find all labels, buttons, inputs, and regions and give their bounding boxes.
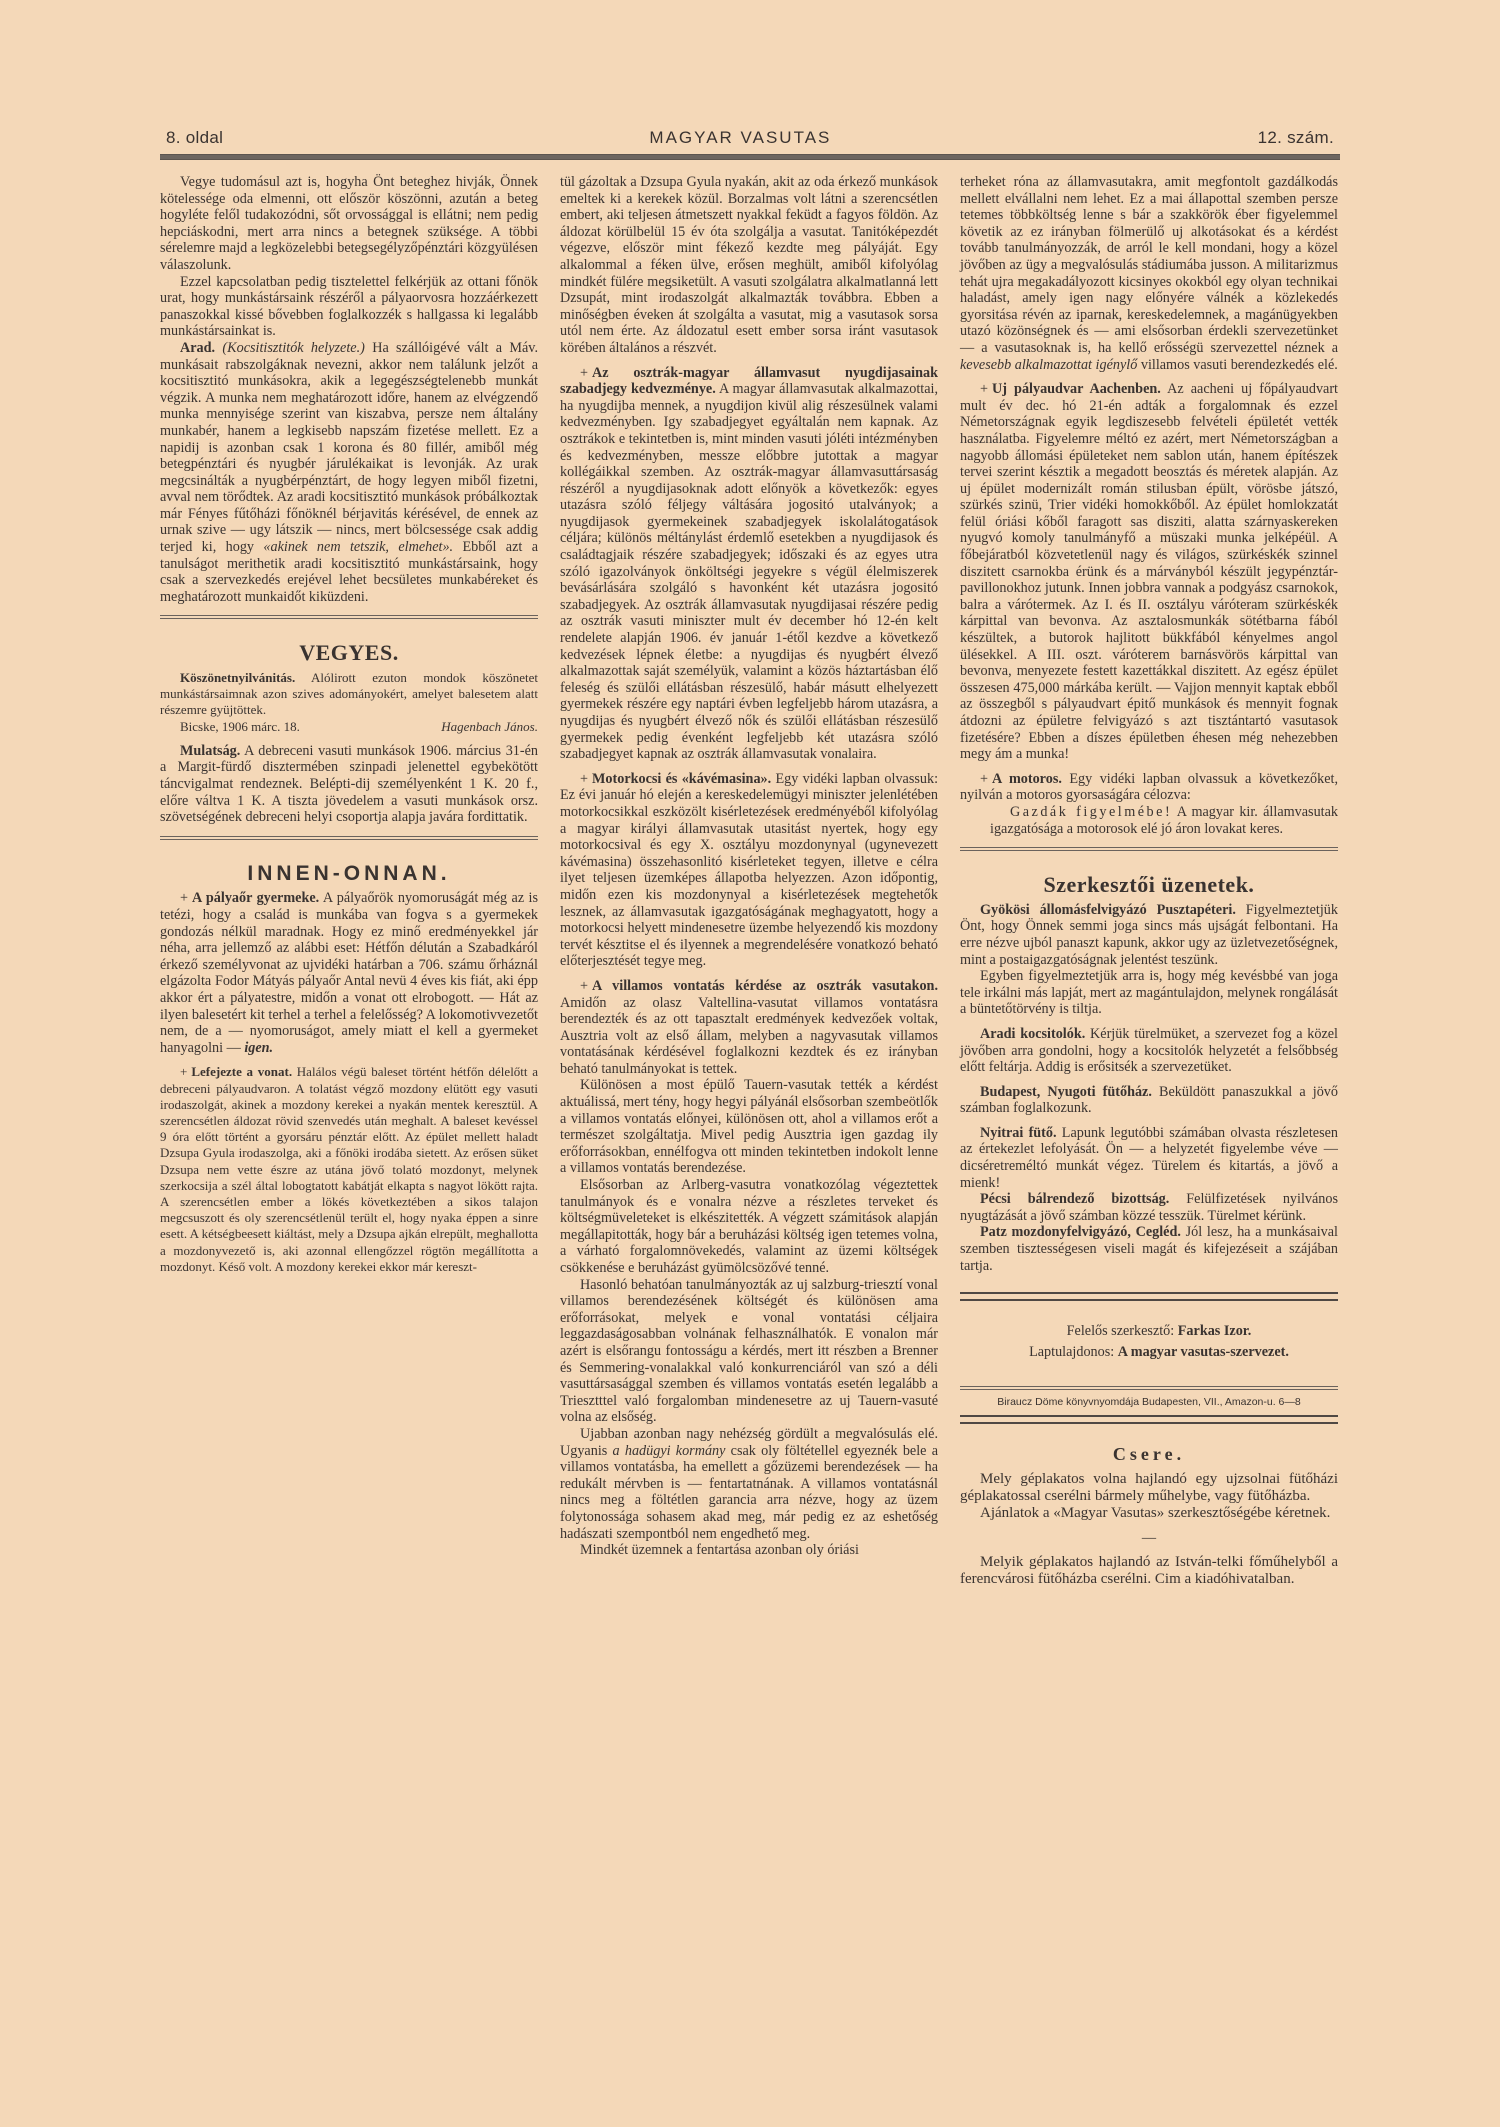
article-palyaor: +A pályaőr gyermeke. A pályaőrök nyomoru… (160, 890, 538, 1056)
page-number: 8. oldal (166, 128, 223, 148)
issue-number: 12. szám. (1258, 128, 1334, 148)
section-title-csere: Csere. (960, 1446, 1338, 1463)
section-title-vegyes: VEGYES. (160, 645, 538, 662)
paragraph: Ezzel kapcsolatban pedig tisztelettel fe… (160, 274, 538, 340)
ad-separator: — (960, 1530, 1338, 1547)
header-rule (160, 154, 1340, 160)
imprint-divider (960, 1415, 1338, 1424)
page-header: 8. oldal MAGYAR VASUTAS 12. szám. (160, 128, 1340, 148)
article-villamos: +A villamos vontatás kérdése az osztrák … (560, 978, 938, 1078)
cross-icon: + (580, 771, 588, 787)
cross-icon: + (980, 381, 988, 397)
cross-icon: + (980, 771, 988, 787)
message-aradi: Aradi kocsitolók. Kérjük türelmüket, a s… (960, 1026, 1338, 1076)
section-title-szerkesztoi: Szerkesztői üzenetek. (960, 877, 1338, 894)
paragraph: Elsősorban az Arlberg-vasutra vonatkozól… (560, 1177, 938, 1277)
paragraph: terheket róna az államvasutakra, amit me… (960, 174, 1338, 373)
column-2: tül gázoltak a Dzsupa Gyula nyakán, akit… (560, 174, 938, 1588)
paragraph: tül gázoltak a Dzsupa Gyula nyakán, akit… (560, 174, 938, 357)
newspaper-title: MAGYAR VASUTAS (649, 128, 831, 148)
message-nyitrai: Nyitrai fütő. Lapunk legutóbbi számában … (960, 1125, 1338, 1191)
column-1: Vegye tudomásul azt is, hogyha Önt beteg… (160, 174, 538, 1588)
paragraph: Mindkét üzemnek a fentartása azonban oly… (560, 1542, 938, 1559)
article-motoros: +A motoros. Egy vidéki lapban olvassuk a… (960, 771, 1338, 804)
article-lefejezte: +Lefejezte a vonat. Halálos végü baleset… (160, 1064, 538, 1275)
ad-paragraph: Mely géplakatos volna hajlandó egy ujzso… (960, 1471, 1338, 1505)
message-patz: Patz mozdonyfelvigyázó, Cegléd. Jól lesz… (960, 1224, 1338, 1274)
paragraph: Vegye tudomásul azt is, hogyha Önt beteg… (160, 174, 538, 274)
footer-divider (960, 1292, 1338, 1301)
section-divider (160, 836, 538, 840)
article-aachen: +Uj pályaudvar Aachenben. Az aacheni uj … (960, 381, 1338, 763)
signature-line: Bicske, 1906 márc. 18. Hagenbach János. (160, 719, 538, 735)
cross-icon: + (180, 1064, 187, 1079)
paragraph: Egyben figyelmeztetjük arra is, hogy még… (960, 968, 1338, 1018)
article-koszonet: Köszönetnyilvánitás. Alólirott ezuton mo… (160, 670, 538, 719)
newspaper-page: 8. oldal MAGYAR VASUTAS 12. szám. Vegye … (160, 128, 1340, 1588)
message-pecsi: Pécsi bálrendező bizottság. Felülfizetés… (960, 1191, 1338, 1224)
section-divider (160, 615, 538, 619)
paragraph: Ujabban azonban nagy nehézség gördült a … (560, 1426, 938, 1542)
cross-icon: + (180, 890, 188, 906)
article-motorkocsi: +Motorkocsi és «kávémasina». Egy vidéki … (560, 771, 938, 970)
quote: Gazdák figyelmébe! A magyar kir. államva… (960, 804, 1338, 837)
message-budapest: Budapest, Nyugoti fütőház. Beküldött pan… (960, 1084, 1338, 1117)
article-nyugdij: +Az osztrák-magyar államvasut nyugdijasa… (560, 365, 938, 763)
ad-paragraph: Ajánlatok a «Magyar Vasutas» szerkesztős… (960, 1505, 1338, 1522)
printer-imprint: Biraucz Döme könyvnyomdája Budapesten, V… (960, 1390, 1338, 1415)
column-3: terheket róna az államvasutakra, amit me… (960, 174, 1338, 1588)
article-mulatsag: Mulatság. A debreceni vasuti munkások 19… (160, 743, 538, 826)
paragraph: Különösen a most épülő Tauern-vasutak te… (560, 1077, 938, 1177)
ad-paragraph: Melyik géplakatos hajlandó az István-tel… (960, 1554, 1338, 1588)
cross-icon: + (580, 978, 588, 994)
message-gyokosi: Gyökösi állomásfelvigyázó Pusztapéteri. … (960, 902, 1338, 968)
section-title-innen-onnan: INNEN-ONNAN. (160, 866, 538, 883)
article-arad: Arad. (Kocsitisztitók helyzete.) Ha szál… (160, 340, 538, 606)
owner-line: Laptulajdonos: A magyar vasutas-szerveze… (960, 1344, 1338, 1361)
editor-line: Felelős szerkesztő: Farkas Izor. (960, 1323, 1338, 1340)
paragraph: Hasonló behatóan tanulmányozták az uj sa… (560, 1277, 938, 1426)
section-divider (960, 847, 1338, 851)
cross-icon: + (580, 365, 588, 381)
